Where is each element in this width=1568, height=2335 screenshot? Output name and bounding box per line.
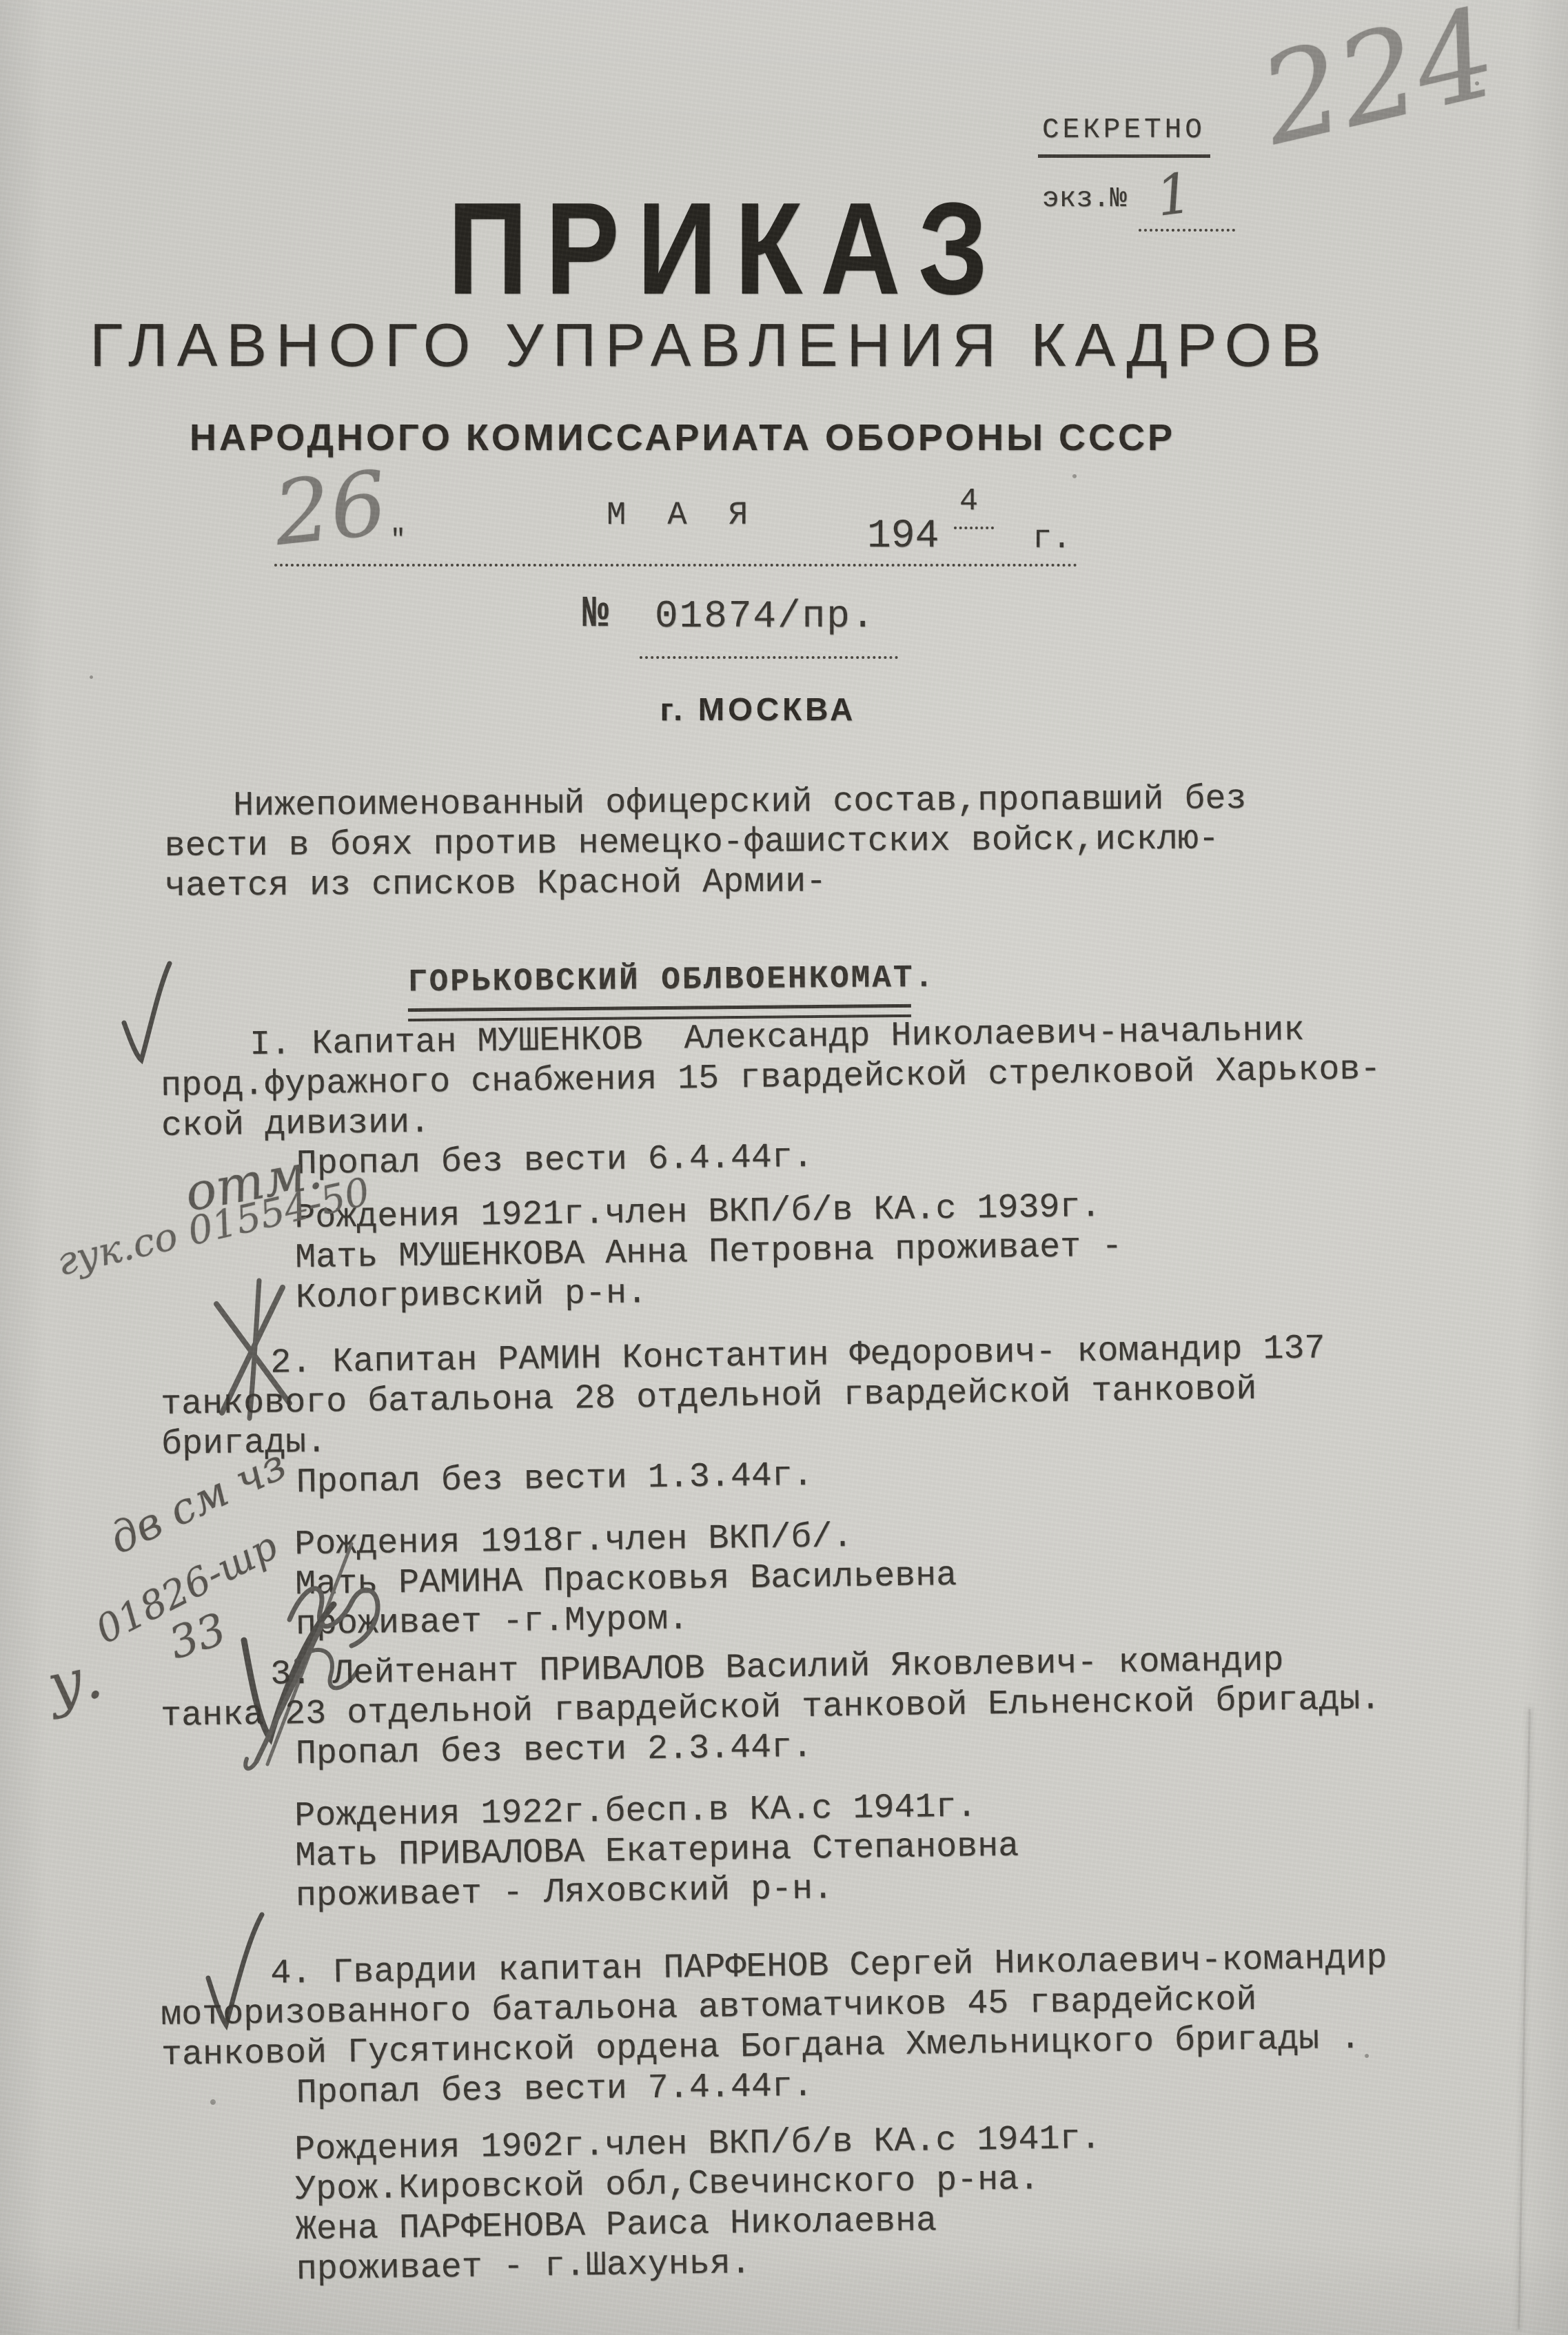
date-month: М А Я bbox=[607, 498, 759, 534]
entry-1: I. Капитан МУШЕНКОВ Александр Николаевич… bbox=[160, 1008, 1472, 1187]
scanned-order-page: 224 СЕКРЕТНО ПРИКАЗ экз.№ 1 ГЛАВНОГО УПР… bbox=[0, 0, 1568, 2335]
paper-speck bbox=[460, 204, 465, 209]
copy-number-underline bbox=[1139, 229, 1235, 232]
order-number-underline bbox=[640, 656, 898, 659]
preamble: Нижепоименованный офицерский состав,проп… bbox=[164, 778, 1419, 907]
paper-crease bbox=[1518, 1709, 1531, 2329]
date-line-underline bbox=[274, 564, 1077, 567]
section-heading: ГОРЬКОВСКИЙ ОБЛВОЕНКОМАТ. bbox=[408, 960, 936, 1001]
entry-4-details: Рождения 1902г.член ВКП/б/в КА.с 1941г. … bbox=[160, 2114, 1472, 2292]
page-number-handwritten: 224 bbox=[1248, 0, 1509, 173]
paper-speck bbox=[1475, 81, 1479, 85]
classification-stamp: СЕКРЕТНО bbox=[1042, 114, 1205, 146]
classification-underline bbox=[1038, 154, 1210, 158]
copy-number-handwritten: 1 bbox=[1153, 161, 1196, 229]
paper-speck bbox=[210, 2099, 216, 2105]
entry-2: 2. Капитан РАМИН Константин Федорович- к… bbox=[160, 1327, 1472, 1505]
paper-speck bbox=[1365, 2054, 1369, 2058]
entry-3: 3. Лейтенант ПРИВАЛОВ Василий Яковлевич-… bbox=[160, 1638, 1471, 1777]
copy-label: экз.№ bbox=[1042, 183, 1127, 215]
org-name-line1: ГЛАВНОГО УПРАВЛЕНИЯ КАДРОВ bbox=[38, 310, 1382, 380]
date-open-quote: " bbox=[390, 525, 406, 555]
preamble-line-3: чается из списков Красной Армии- bbox=[165, 858, 1419, 907]
margin-note-u: у. bbox=[41, 1642, 108, 1721]
org-name-line2: НАРОДНОГО КОМИССАРИАТА ОБОРОНЫ СССР bbox=[165, 416, 1199, 459]
document-title: ПРИКАЗ bbox=[448, 174, 952, 324]
order-number-label: № bbox=[582, 590, 609, 640]
city-label: г. МОСКВА bbox=[641, 691, 875, 728]
date-year-base: 194 bbox=[867, 514, 939, 559]
entry-4: 4. Гвардии капитан ПАРФЕНОВ Сергей Никол… bbox=[160, 1937, 1472, 2116]
entry-3-details: Рождения 1922г.бесп.в КА.с 1941г. Мать П… bbox=[160, 1780, 1471, 1919]
date-year-suffix: г. bbox=[1032, 521, 1071, 558]
paper-speck bbox=[90, 675, 93, 679]
date-year-digit-underline bbox=[954, 527, 994, 529]
order-number-value: 01874/пр. bbox=[655, 594, 875, 638]
date-year-digit: 4 bbox=[959, 484, 978, 519]
paper-speck bbox=[1072, 474, 1077, 478]
date-day-handwritten: 26 bbox=[269, 452, 392, 566]
